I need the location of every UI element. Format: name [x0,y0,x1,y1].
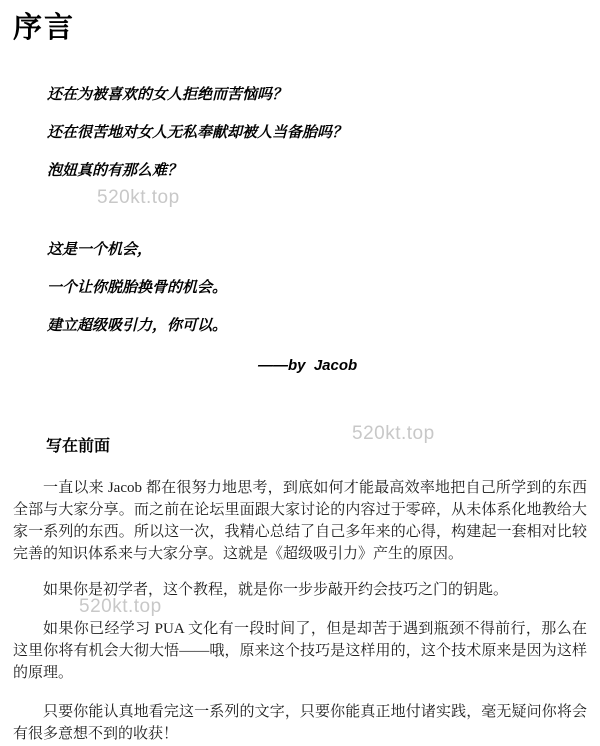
paragraph: 只要你能认真地看完这一系列的文字，只要你能真正地付诸实践，毫无疑问你将会有很多意… [13,701,587,745]
quote-line: 这是一个机会， [47,240,587,260]
paragraph: 如果你是初学者，这个教程，就是你一步步敲开约会技巧之门的钥匙。 [13,579,587,601]
section-heading: 写在前面 [46,438,587,456]
author-byline: ——by Jacob [258,358,587,374]
quote-line: 一个让你脱胎换骨的机会。 [47,278,587,298]
section-body: 一直以来 Jacob 都在很努力地思考，到底如何才能最高效率地把自己所学到的东西… [13,477,587,745]
document-page: 序言 还在为被喜欢的女人拒绝而苦恼吗？ 还在很苦地对女人无私奉献却被人当备胎吗？… [0,0,600,746]
quote-line: 建立超级吸引力，你可以。 [47,316,587,336]
page-title: 序言 [13,12,587,45]
quote-line: 泡妞真的有那么难？ [47,161,587,181]
paragraph: 一直以来 Jacob 都在很努力地思考，到底如何才能最高效率地把自己所学到的东西… [13,477,587,565]
paragraph: 如果你已经学习 PUA 文化有一段时间了，但是却苦于遇到瓶颈不得前行，那么在这里… [13,618,587,684]
preface-quote-block: 还在为被喜欢的女人拒绝而苦恼吗？ 还在很苦地对女人无私奉献却被人当备胎吗？ 泡妞… [47,85,587,336]
quote-line: 还在为被喜欢的女人拒绝而苦恼吗？ [47,85,587,105]
quote-line: 还在很苦地对女人无私奉献却被人当备胎吗？ [47,123,587,143]
